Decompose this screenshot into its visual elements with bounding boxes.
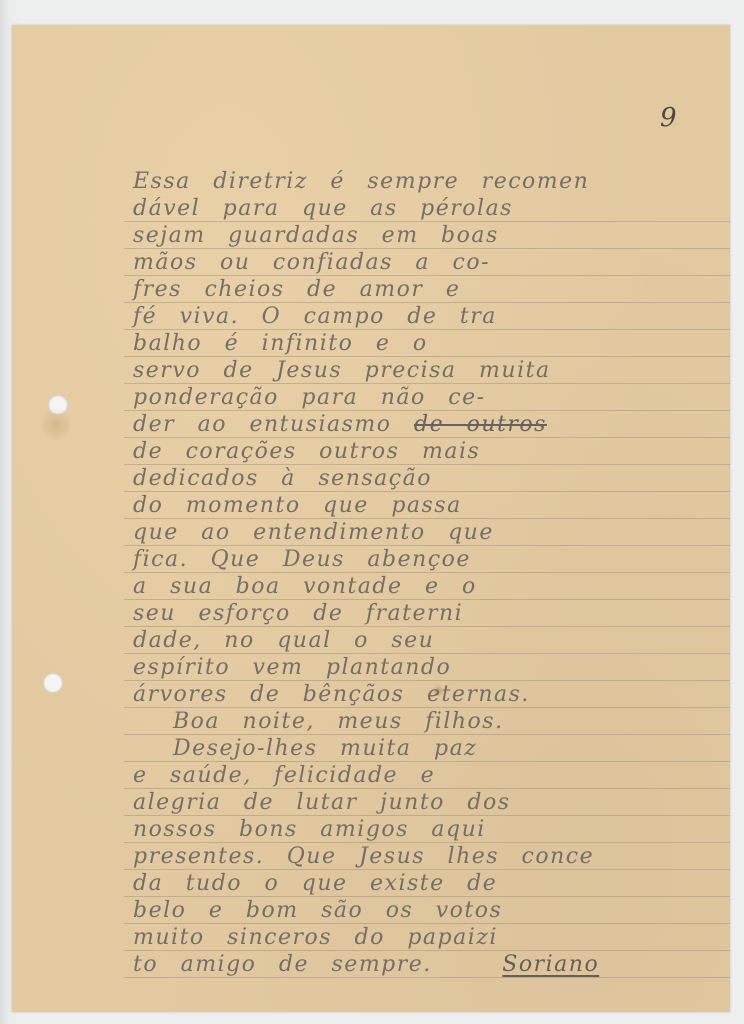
text-line: dável para que as pérolas [133,195,733,222]
text-line: presentes. Que Jesus lhes conce [133,843,733,870]
text-line: do momento que passa [133,492,733,519]
text-line: ponderação para não ce- [133,384,733,411]
text-line-with-strikethrough: der ao entusiasmo de outros [133,411,733,438]
text-line: muito sinceros do papaizi [133,924,733,951]
text-line: sejam guardadas em boas [133,222,733,249]
text-line: alegria de lutar junto dos [133,789,733,816]
text-line: espírito vem plantando [133,654,733,681]
text-line: que ao entendimento que [133,519,733,546]
text-line: balho é infinito e o [133,330,733,357]
page-number: 9 [660,103,677,133]
closing-text: to amigo de sempre. [133,952,432,977]
letter-body: Essa diretriz é sempre recomen dável par… [133,168,733,978]
text-line: belo e bom são os votos [133,897,733,924]
text-line: mãos ou confiadas a co- [133,249,733,276]
text-line-greeting: Boa noite, meus filhos. [133,708,733,735]
text-line: servo de Jesus precisa muita [133,357,733,384]
text-line: Essa diretriz é sempre recomen [133,168,733,195]
text-line: seu esforço de fraterni [133,600,733,627]
text-line: fres cheios de amor e [133,276,733,303]
text-line: fica. Que Deus abençoe [133,546,733,573]
closing-line: to amigo de sempre. Soriano [133,951,733,978]
text-line: árvores de bênçãos eternas. [133,681,733,708]
text-line: fé viva. O campo de tra [133,303,733,330]
struck-out-words: de outros [414,412,547,437]
punch-hole-bottom [43,673,63,693]
text-line: Desejo-lhes muita paz [133,735,733,762]
text-line: de corações outros mais [133,438,733,465]
paper-stain [42,405,70,445]
text-line: nossos bons amigos aqui [133,816,733,843]
signature: Soriano [502,952,599,977]
text-line: dade, no qual o seu [133,627,733,654]
line-text: der ao entusiasmo [133,412,392,437]
text-line: e saúde, felicidade e [133,762,733,789]
text-line: dedicados à sensação [133,465,733,492]
text-line: da tudo o que existe de [133,870,733,897]
text-line: a sua boa vontade e o [133,573,733,600]
